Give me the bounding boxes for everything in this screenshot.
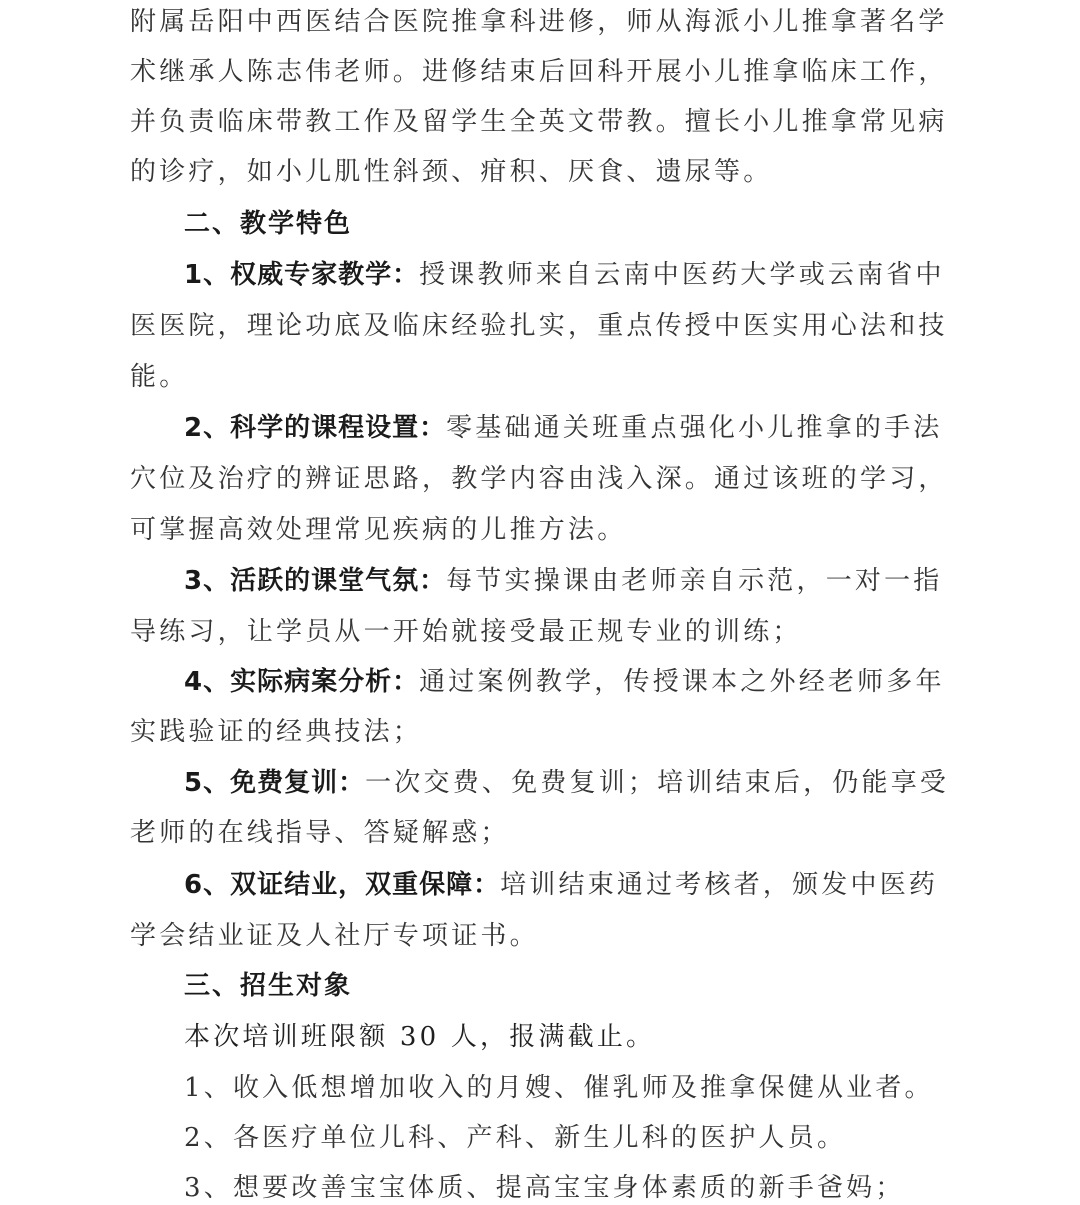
intro-line: 术继承人陈志伟老师。进修结束后回科开展小儿推拿临床工作，	[130, 52, 948, 92]
feature-item-3: 3、活跃的课堂气氛：每节实操课由老师亲自示范，一对一指	[184, 561, 943, 601]
target-item-3: 3、想要改善宝宝体质、提高宝宝身体素质的新手爸妈；	[184, 1168, 905, 1205]
feature-lead: 3、活跃的课堂气氛：	[184, 566, 446, 596]
intro-line: 并负责临床带教工作及留学生全英文带教。擅长小儿推拿常见病	[130, 102, 948, 142]
feature-text-line: 能。	[130, 357, 188, 397]
feature-text: 培训结束通过考核者，颁发中医药	[500, 870, 938, 900]
feature-text-line: 导练习，让学员从一开始就接受最正规专业的训练；	[130, 612, 802, 652]
feature-item-5: 5、免费复训：一次交费、免费复训；培训结束后，仍能享受	[184, 763, 949, 803]
target-item-2: 2、各医疗单位儿科、产科、新生儿科的医护人员。	[184, 1118, 846, 1158]
feature-item-4: 4、实际病案分析：通过案例教学，传授课本之外经老师多年	[184, 662, 945, 702]
feature-text-line: 老师的在线指导、答疑解惑；	[130, 813, 510, 853]
feature-item-2: 2、科学的课程设置：零基础通关班重点强化小儿推拿的手法	[184, 408, 943, 448]
feature-text-line: 实践验证的经典技法；	[130, 712, 422, 752]
feature-text: 零基础通关班重点强化小儿推拿的手法	[446, 413, 942, 443]
quota-note: 本次培训班限额 30 人，报满截止。	[184, 1017, 655, 1057]
feature-text-line: 学会结业证及人社厅专项证书。	[130, 916, 539, 956]
target-item-1: 1、收入低想增加收入的月嫂、催乳师及推拿保健从业者。	[184, 1068, 934, 1108]
feature-text-line: 穴位及治疗的辨证思路，教学内容由浅入深。通过该班的学习，	[130, 459, 948, 499]
feature-lead: 4、实际病案分析：	[184, 667, 419, 697]
feature-text-line: 可掌握高效处理常见疾病的儿推方法。	[130, 510, 626, 550]
feature-item-1: 1、权威专家教学：授课教师来自云南中医药大学或云南省中	[184, 255, 945, 295]
feature-text: 每节实操课由老师亲自示范，一对一指	[446, 566, 942, 596]
feature-lead: 5、免费复训：	[184, 768, 365, 798]
feature-text: 一次交费、免费复训；培训结束后，仍能享受	[365, 768, 949, 798]
section-heading-enrollment-targets: 三、招生对象	[184, 966, 352, 1006]
feature-lead: 1、权威专家教学：	[184, 260, 419, 290]
intro-line: 附属岳阳中西医结合医院推拿科进修，师从海派小儿推拿著名学	[130, 2, 948, 42]
feature-item-6: 6、双证结业，双重保障：培训结束通过考核者，颁发中医药	[184, 865, 938, 905]
intro-line: 的诊疗，如小儿肌性斜颈、疳积、厌食、遗尿等。	[130, 152, 772, 192]
feature-lead: 6、双证结业，双重保障：	[184, 870, 500, 900]
feature-text: 授课教师来自云南中医药大学或云南省中	[419, 260, 945, 290]
feature-text: 通过案例教学，传授课本之外经老师多年	[419, 667, 945, 697]
feature-text-line: 医医院，理论功底及临床经验扎实，重点传授中医实用心法和技	[130, 306, 948, 346]
section-heading-teaching-features: 二、教学特色	[184, 204, 352, 244]
feature-lead: 2、科学的课程设置：	[184, 413, 446, 443]
